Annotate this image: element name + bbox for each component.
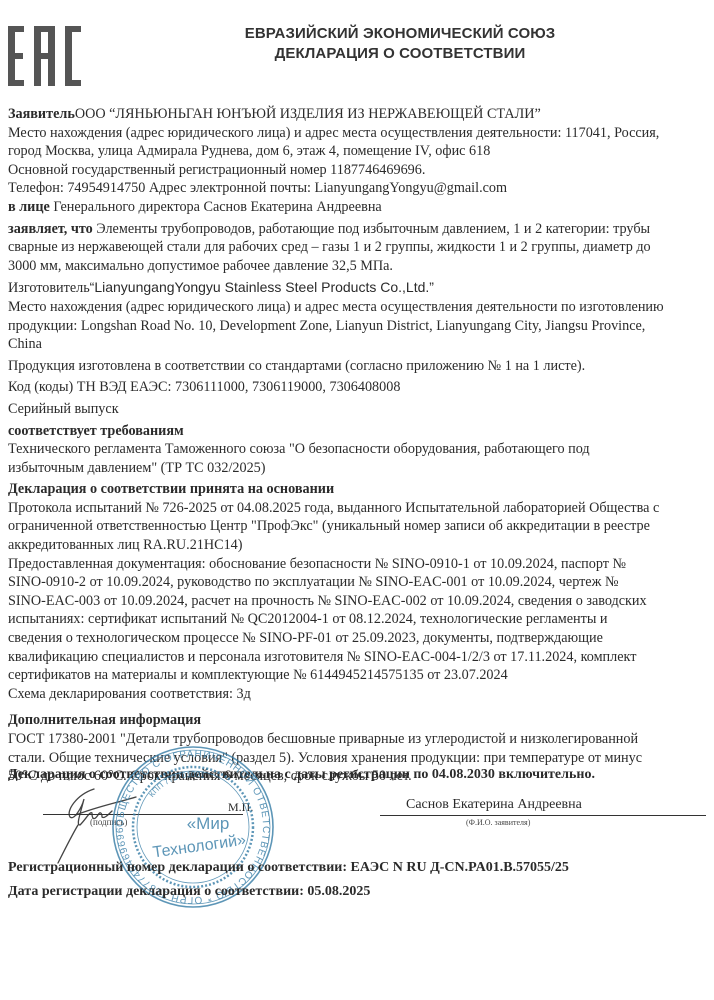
protocol-line-1: Протокола испытаний № 726-2025 от 04.08.… (8, 499, 708, 518)
additional-line-1: ГОСТ 17380-2001 "Детали трубопроводов бе… (8, 730, 708, 749)
basis-label: Декларация о соответствии принята на осн… (8, 480, 708, 499)
release-type: Серийный выпуск (8, 400, 708, 419)
signature-label: (подпись) (90, 817, 127, 827)
eac-logo (6, 24, 82, 88)
declaration-body: ЗаявительООО “ЛЯНЬЮНЬГАН ЮНЪЮЙ ИЗДЕЛИЯ И… (8, 105, 708, 786)
manufacturer-line: Изготовитель“LianyungangYongyu Stainless… (8, 278, 708, 298)
additional-line-2: стали. Общие технические условия" (разде… (8, 749, 708, 768)
document-header: ЕВРАЗИЙСКИЙ ЭКОНОМИЧЕСКИЙ СОЮЗ ДЕКЛАРАЦИ… (200, 24, 600, 64)
signatory-name-label: (Ф.И.О. заявителя) (466, 818, 530, 827)
protocol-line-2: ограниченной ответственностью Центр "Про… (8, 517, 708, 536)
applicant-address-2: город Москва, улица Адмирала Руднева, до… (8, 142, 708, 161)
declares-line-1: заявляет, что Элементы трубопроводов, ра… (8, 220, 708, 239)
complies-line-2: избыточным давлением" (ТР ТС 032/2025) (8, 459, 708, 478)
declares-label: заявляет, что (8, 221, 93, 237)
manufacturer-address-2: продукции: Longshan Road No. 10, Develop… (8, 317, 708, 336)
eac-mark-icon (6, 24, 82, 88)
applicant-ogrn: Основной государственный регистрационный… (8, 161, 708, 180)
registration-number: Регистрационный номер декларации о соотв… (8, 860, 569, 876)
docs-line-3: SINO-EAC-003 от 10.09.2024, расчет на пр… (8, 592, 708, 611)
docs-line-7: сертификатов на материалы и комплектующи… (8, 666, 708, 685)
docs-line-4: испытаниях: сертификат испытаний № QC201… (8, 610, 708, 629)
docs-line-2: SINO-0910-2 от 10.09.2024, руководство п… (8, 573, 708, 592)
manufacturer-address-1: Место нахождения (адрес юридического лиц… (8, 298, 708, 317)
tn-ved-codes: Код (коды) ТН ВЭД ЕАЭС: 7306111000, 7306… (8, 378, 708, 397)
docs-line-5: сведения о технологическом процессе № SI… (8, 629, 708, 648)
applicant-line: ЗаявительООО “ЛЯНЬЮНЬГАН ЮНЪЮЙ ИЗДЕЛИЯ И… (8, 105, 708, 124)
declares-text-1: Элементы трубопроводов, работающие под и… (96, 221, 650, 237)
manufacturer-address-3: China (8, 335, 708, 354)
signatory-name-line (380, 815, 706, 816)
validity-statement: Декларация о соответствии действительна … (8, 767, 595, 783)
applicant-address-1: Место нахождения (адрес юридического лиц… (8, 124, 708, 143)
declaration-scheme: Схема декларирования соответствия: 3д (8, 685, 708, 704)
rep-name: Генерального директора Саснов Екатерина … (53, 199, 381, 215)
signatory-name: Саснов Екатерина Андреевна (406, 797, 582, 813)
docs-line-1: Предоставленная документация: обосновани… (8, 555, 708, 574)
registration-date: Дата регистрации декларация о соответств… (8, 884, 370, 900)
applicant-label: Заявитель (8, 106, 75, 122)
docs-line-6: квалификацию специалистов и персонала из… (8, 648, 708, 667)
header-union-title: ЕВРАЗИЙСКИЙ ЭКОНОМИЧЕСКИЙ СОЮЗ (200, 24, 600, 44)
manufacturer-name: “LianyungangYongyu Stainless Steel Produ… (90, 279, 434, 295)
applicant-contacts: Телефон: 74954914750 Адрес электронной п… (8, 179, 708, 198)
header-declaration-title: ДЕКЛАРАЦИЯ О СООТВЕТСТВИИ (200, 44, 600, 64)
manufacturer-label: Изготовитель (8, 280, 90, 296)
stamp-center-line-1: «Мир (187, 814, 230, 833)
additional-label: Дополнительная информация (8, 711, 708, 730)
complies-label: соответствует требованиям (8, 422, 708, 441)
complies-line-1: Технического регламента Таможенного союз… (8, 440, 708, 459)
declares-line-2: сварные из нержавеющей стали для рабочих… (8, 238, 708, 257)
applicant-representative: в лице Генерального директора Саснов Ека… (8, 198, 708, 217)
rep-label: в лице (8, 199, 50, 215)
seal-place-label: М.П. (228, 800, 253, 815)
protocol-line-3: аккредитованных лиц RA.RU.21НС14) (8, 536, 708, 555)
standards-line: Продукция изготовлена в соответствии со … (8, 357, 708, 376)
stamp-center-line-2: Технологий» (152, 832, 247, 862)
signature-line (43, 814, 243, 815)
declares-line-3: 3000 мм, максимально допустимое рабочее … (8, 257, 708, 276)
applicant-name: ООО “ЛЯНЬЮНЬГАН ЮНЪЮЙ ИЗДЕЛИЯ ИЗ НЕРЖАВЕ… (75, 106, 541, 122)
